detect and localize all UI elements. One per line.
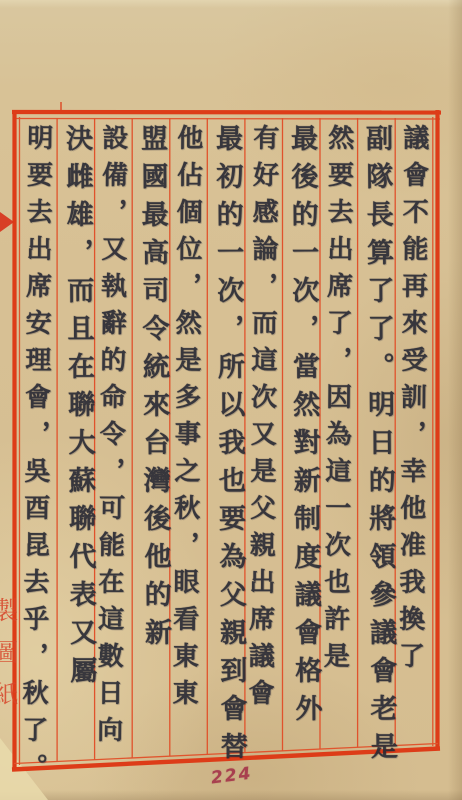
handwriting-column-7: 他佔個位，然是多事之秋，眼看東東 xyxy=(166,124,205,716)
handwriting-column-8: 盟國最高司令統來台灣後他的新 xyxy=(134,124,172,656)
edge-wedge-mark xyxy=(0,212,14,232)
stationery-edge-stamp: 製圖紙 xyxy=(0,597,22,723)
page-number: 224 xyxy=(210,764,254,789)
handwriting-column-1: 議會不能再來受訓，幸他准我換了 xyxy=(392,124,431,679)
handwriting-column-10: 決雌雄，而且在聯大蘇聯代表又屬 xyxy=(59,124,97,694)
handwriting-column-3: 然要去出席了，因為這一次也許是 xyxy=(317,124,356,679)
handwriting-column-2: 副隊長算了了。明日的將領參議會老是 xyxy=(359,124,398,770)
handwriting-column-6: 最初的一次，所以我也要為父親到會替 xyxy=(209,124,248,770)
handwriting-column-4: 最後的一次，當然對新制度議會格外 xyxy=(284,124,323,732)
handwriting-column-5: 有好感論，而這次又是父親出席議會 xyxy=(241,124,280,716)
manuscript-page: 議會不能再來受訓，幸他准我換了 副隊長算了了。明日的將領參議會老是 然要去出席了… xyxy=(0,0,462,800)
